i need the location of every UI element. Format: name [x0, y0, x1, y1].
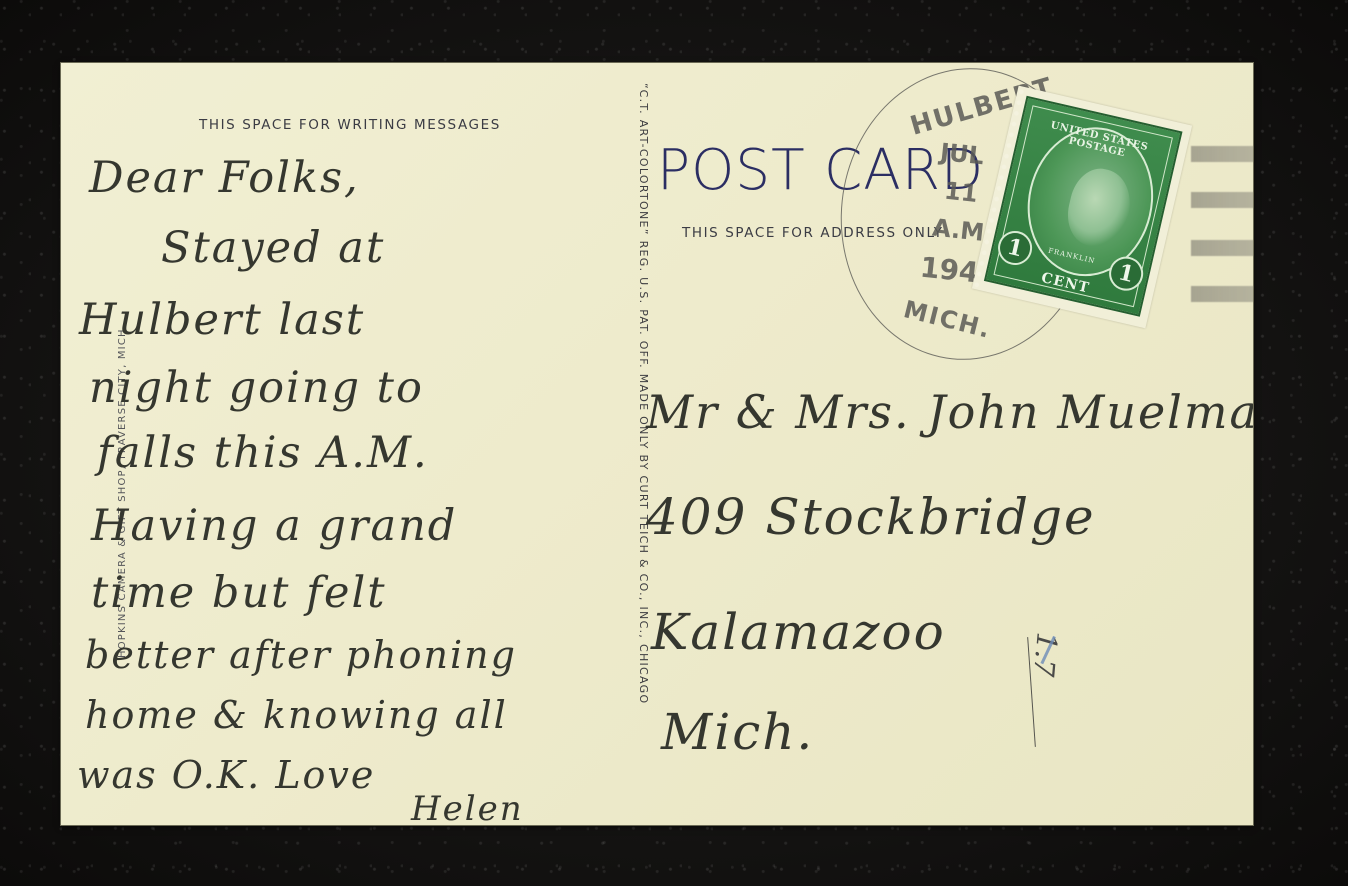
postmark-state: MICH.: [901, 295, 995, 344]
message-signature: Helen: [411, 789, 524, 825]
message-line: better after phoning: [85, 633, 517, 677]
cancel-bar: [1191, 240, 1253, 256]
postcard-back: THIS SPACE FOR WRITING MESSAGES HOPKINS …: [61, 63, 1253, 825]
cancel-bar: [1191, 192, 1253, 208]
address-line-recipient: Mr & Mrs. John Muelman: [646, 385, 1253, 439]
franklin-portrait-icon: [1061, 163, 1137, 252]
message-line: Having a grand: [91, 501, 457, 551]
message-line: time but felt: [91, 568, 387, 618]
cancel-bar: [1191, 146, 1253, 162]
message-space-label: THIS SPACE FOR WRITING MESSAGES: [199, 117, 501, 133]
address-line-city: Kalamazoo: [651, 603, 946, 661]
message-line: Dear Folks,: [89, 153, 360, 203]
message-line: night going to: [89, 363, 424, 413]
cancel-bar: [1191, 286, 1253, 302]
message-line: home & knowing all: [85, 693, 508, 737]
postmark-day: 11: [943, 177, 979, 208]
message-line: Hulbert last: [79, 295, 365, 345]
message-line: Stayed at: [161, 223, 385, 273]
message-line: falls this A.M.: [97, 428, 429, 478]
address-line-state: Mich.: [661, 703, 814, 761]
message-line: was O.K. Love: [77, 753, 375, 797]
address-line-street: 409 Stockbridge: [646, 488, 1096, 546]
postmark-month: JUL: [939, 138, 985, 170]
